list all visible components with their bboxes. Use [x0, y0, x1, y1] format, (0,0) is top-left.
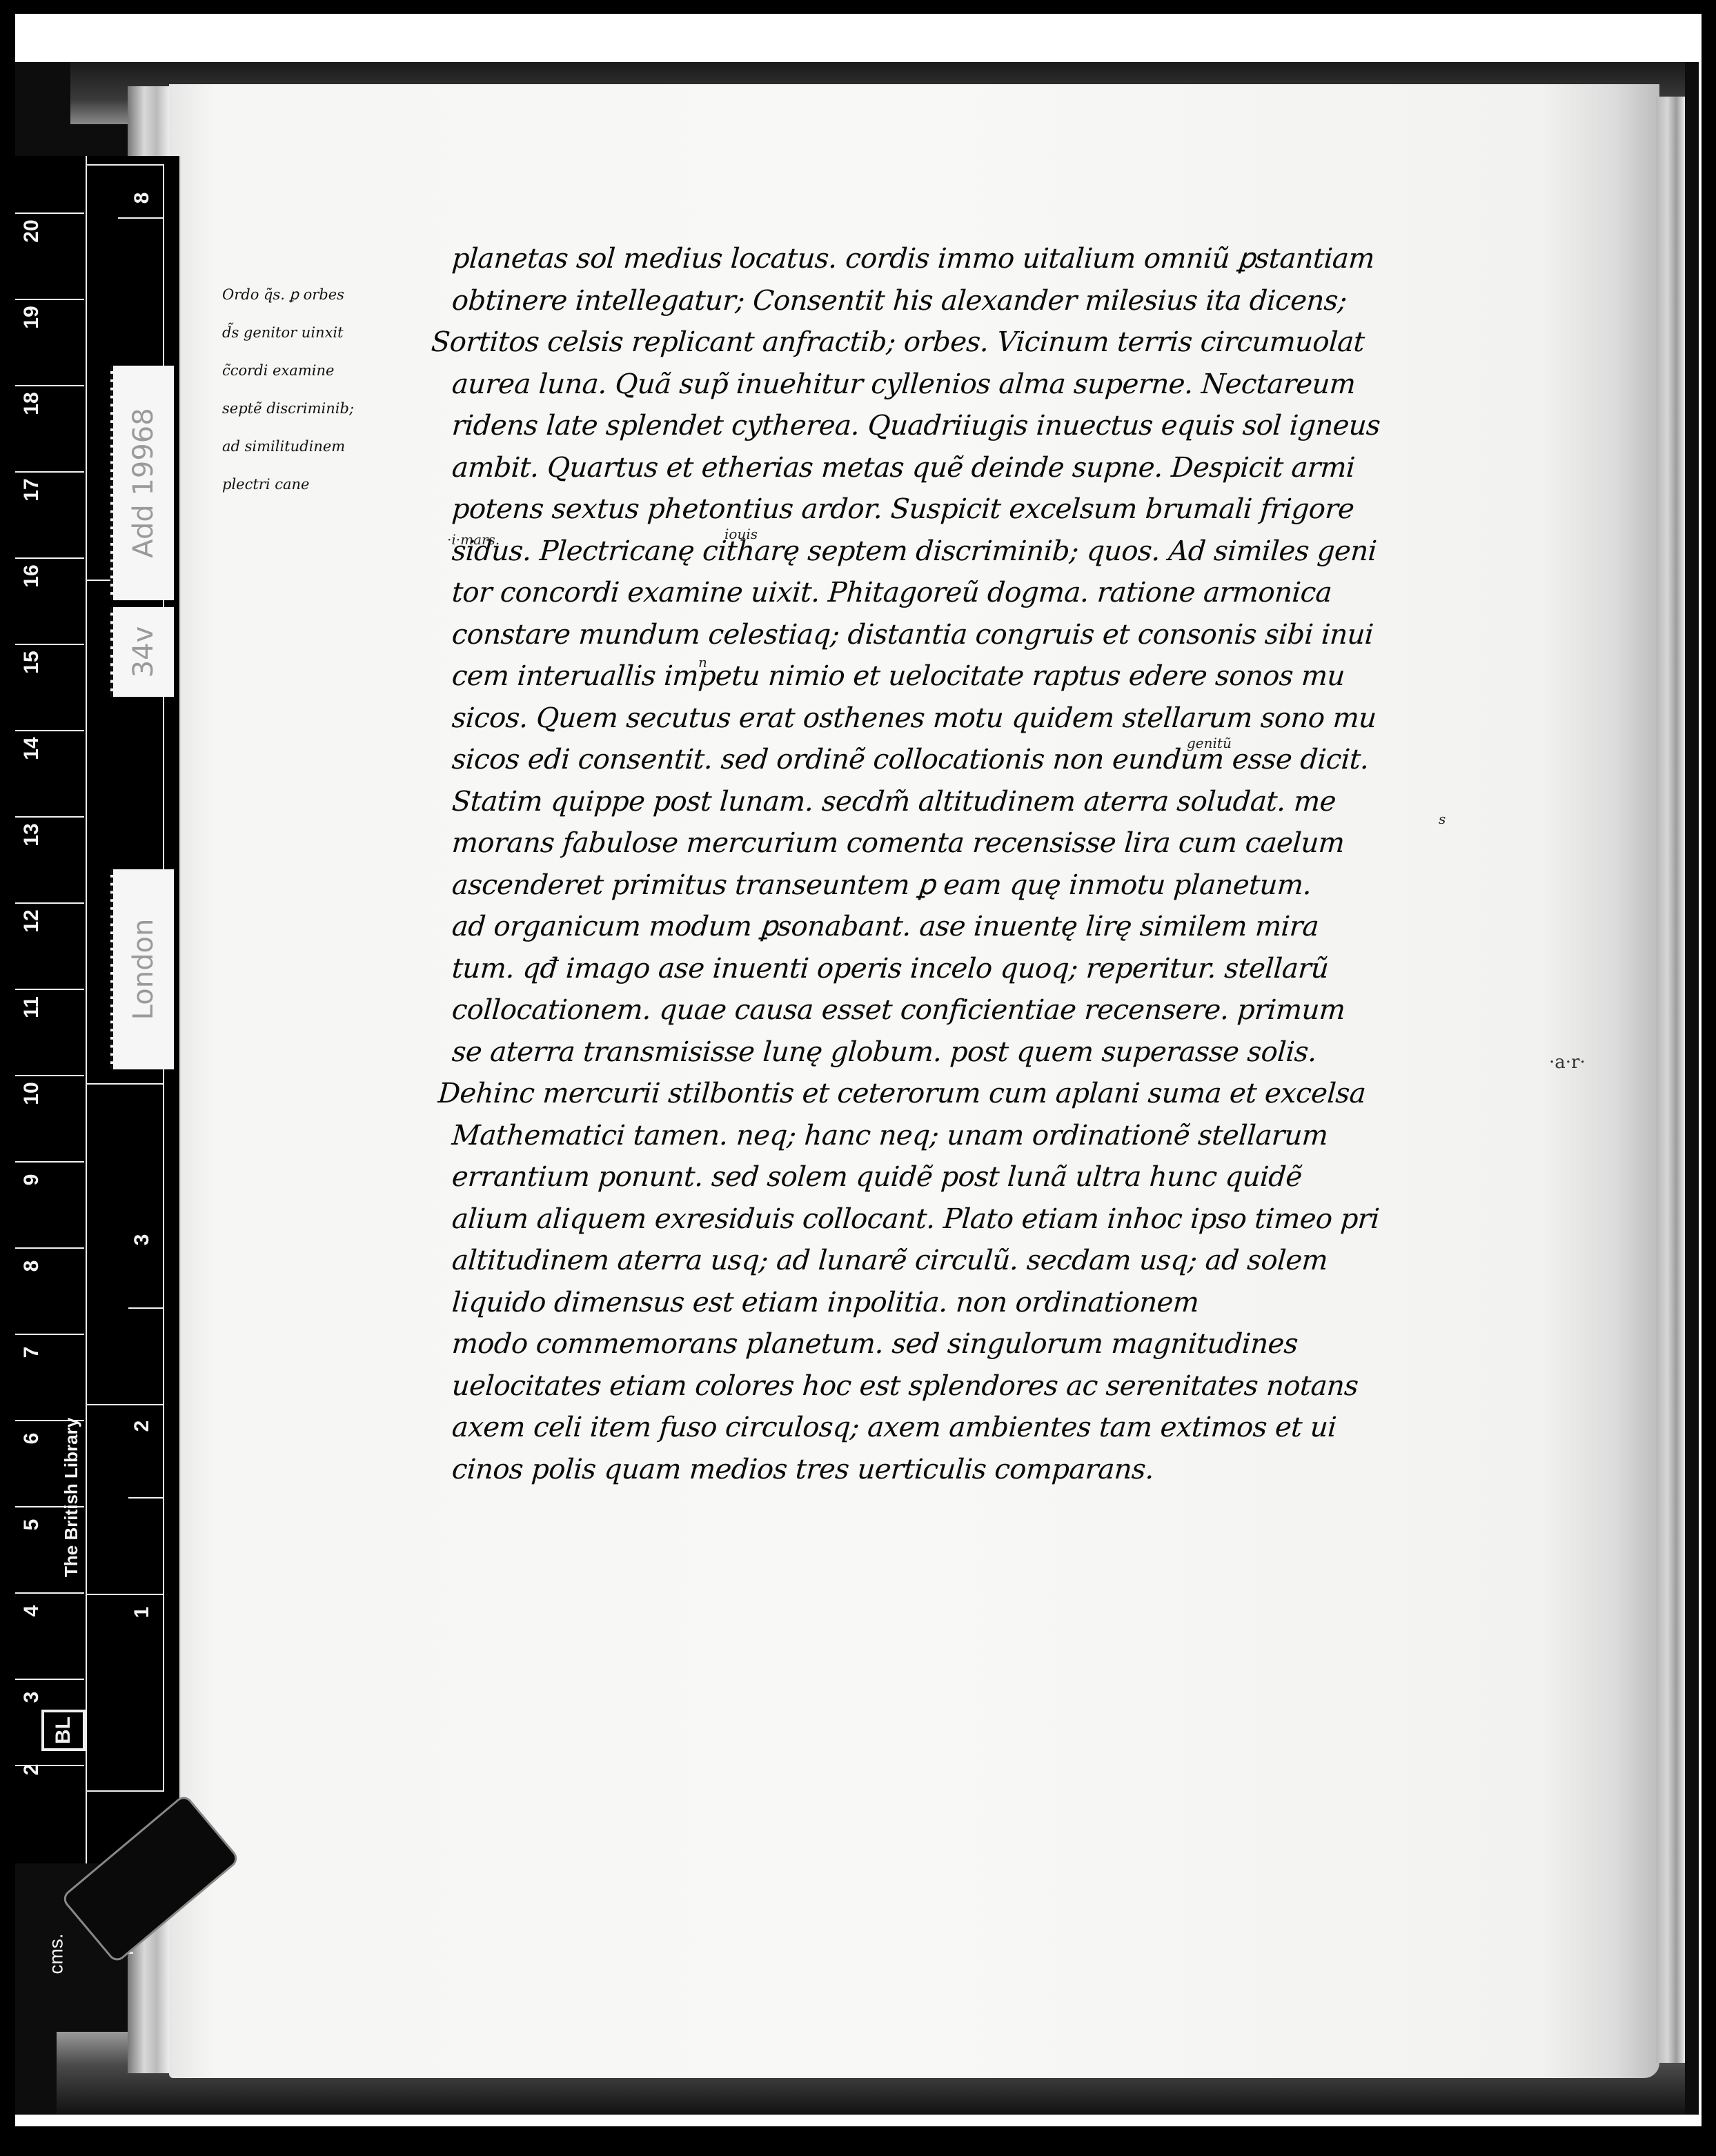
ruler-tick	[15, 1334, 84, 1335]
cm-label: 9	[20, 1166, 43, 1194]
inch-label: 3	[130, 1226, 154, 1254]
ruler-tick	[15, 644, 84, 645]
margin-note-line: c̃cordi examine	[222, 352, 408, 390]
cm-label: 11	[20, 993, 43, 1021]
text-line: Sortitos celsis replicant anfractib; orb…	[430, 322, 1578, 364]
cm-label: 7	[20, 1338, 43, 1366]
margin-note-line: plectri cane	[222, 466, 408, 504]
text-line: ad organicum modum ꝑsonabant. ase inuent…	[451, 906, 1578, 948]
text-line: aurea luna. Quã sup̃ inuehitur cyllenios…	[451, 364, 1578, 406]
text-line: uelocitates etiam colores hoc est splend…	[451, 1365, 1578, 1407]
text-line: constare mundum celestiaq; distantia con…	[451, 614, 1578, 656]
text-line: liquido dimensus est etiam inpolitia. no…	[451, 1282, 1578, 1324]
cm-label: 4	[20, 1597, 43, 1625]
cm-label: 3	[20, 1683, 43, 1711]
cm-label: 18	[20, 390, 43, 417]
text-line: tor concordi examine uixit. Phitagoreũ d…	[451, 572, 1578, 614]
text-line: sicos. Quem secutus erat osthenes motu q…	[451, 698, 1578, 740]
cm-label: 17	[20, 476, 43, 504]
text-line: planetas sol medius locatus. cordis immo…	[451, 238, 1578, 280]
ruler-cm-scale: 20 19 18 17 16 15 14 13 12 11 10 9 8 7 6…	[15, 156, 87, 1863]
cm-label: 14	[20, 735, 43, 762]
ruler-tick	[15, 1679, 84, 1680]
margin-note-line: d̃s genitor uinxit	[222, 314, 408, 352]
margin-note-line: Ordo q̃s. ꝑ orbes	[222, 276, 408, 314]
ruler-tick	[15, 816, 84, 818]
cm-label: 15	[20, 649, 43, 676]
page-fore-edge	[1656, 97, 1685, 2063]
text-line: cem interuallis impetu nimio et uelocita…	[451, 655, 1578, 698]
text-line: Dehinc mercurii stilbontis et ceterorum …	[437, 1073, 1578, 1115]
ruler-tick	[87, 1404, 163, 1405]
text-line: ambit. Quartus et etherias metas quẽ dei…	[451, 447, 1578, 489]
folio-text: 34v	[128, 626, 159, 678]
ruler-tick	[15, 385, 84, 386]
text-line: altitudinem aterra usq; ad lunarẽ circul…	[451, 1240, 1578, 1282]
cm-unit-label: cms.	[46, 1933, 68, 1974]
cm-label: 20	[20, 217, 43, 245]
cm-label: 13	[20, 821, 43, 849]
inch-label: 8	[130, 184, 154, 212]
cm-label: 19	[20, 304, 43, 331]
text-line: obtinere intellegatur; Consentit his ale…	[451, 280, 1578, 322]
text-line: modo commemorans planetum. sed singuloru…	[451, 1323, 1578, 1365]
marginal-annotation: Ordo q̃s. ꝑ orbes d̃s genitor uinxit c̃c…	[222, 276, 408, 504]
ruler-tick	[128, 1497, 163, 1499]
shelfmark-text: Add 19968	[128, 408, 159, 557]
cm-label: 6	[20, 1425, 43, 1452]
text-line: sidus. Plectricanę citharę septem discri…	[451, 531, 1578, 573]
text-line: collocationem. quae causa esset conficie…	[451, 989, 1578, 1031]
cm-label: 5	[20, 1511, 43, 1539]
text-line: morans fabulose mercurium comenta recens…	[451, 822, 1578, 864]
text-line: alium aliquem exresiduis collocant. Plat…	[451, 1198, 1578, 1240]
text-line: potens sextus phetontius ardor. Suspicit…	[451, 488, 1578, 531]
inch-label: 2	[130, 1412, 154, 1440]
cm-label: 12	[20, 907, 43, 935]
margin-note-line: septẽ discriminib;	[222, 390, 408, 428]
text-line: Statim quippe post lunam. secdm̃ altitud…	[451, 781, 1578, 823]
ruler-tick	[87, 1594, 163, 1595]
text-line: tum. qđ imago ase inuenti operis incelo …	[451, 948, 1578, 990]
british-library-logo-icon: BL	[41, 1710, 86, 1751]
cm-label: 16	[20, 562, 43, 590]
text-line: axem celi item fuso circulosq; axem ambi…	[451, 1407, 1578, 1449]
text-line: cinos polis quam medios tres uerticulis …	[451, 1449, 1578, 1491]
text-line: se aterra transmisisse lunę globum. post…	[451, 1031, 1578, 1074]
ruler-tick	[15, 730, 84, 731]
ruler-tick	[15, 212, 84, 214]
shelfmark-label: Add 19968	[110, 366, 174, 600]
ruler-tick	[15, 1592, 84, 1594]
ruler-tick	[15, 902, 84, 904]
ruler-tick	[15, 1075, 84, 1076]
cm-label: 10	[20, 1080, 43, 1107]
ruler-brand-text: The British Library	[61, 1418, 82, 1577]
ruler-tick	[15, 1161, 84, 1163]
ruler-tick	[87, 1083, 163, 1085]
location-text: London	[128, 919, 159, 1020]
ruler-tick	[15, 1247, 84, 1249]
text-line: sicos edi consentit. sed ordinẽ collocat…	[451, 739, 1578, 781]
text-line: ridens late splendet cytherea. Quadriiug…	[451, 405, 1578, 447]
ruler-tick	[128, 1307, 163, 1309]
location-label: London	[110, 869, 174, 1069]
folio-label: 34v	[110, 607, 174, 697]
cm-label: 2	[20, 1756, 43, 1783]
cm-label: 8	[20, 1252, 43, 1280]
ruler-tick	[15, 989, 84, 990]
text-line: Mathematici tamen. neq; hanc neq; unam o…	[451, 1115, 1578, 1157]
ruler-tick	[15, 557, 84, 559]
ruler-tick	[15, 471, 84, 473]
text-line: ascenderet primitus transeuntem ꝑ eam qu…	[451, 864, 1578, 907]
manuscript-text-block: planetas sol medius locatus. cordis immo…	[452, 238, 1577, 1490]
margin-note-line: ad similitudinem	[222, 428, 408, 466]
ruler-tick	[118, 217, 163, 219]
text-line: errantium ponunt. sed solem quidẽ post l…	[451, 1156, 1578, 1198]
ruler-tick	[15, 299, 84, 300]
inch-label: 1	[130, 1599, 154, 1626]
